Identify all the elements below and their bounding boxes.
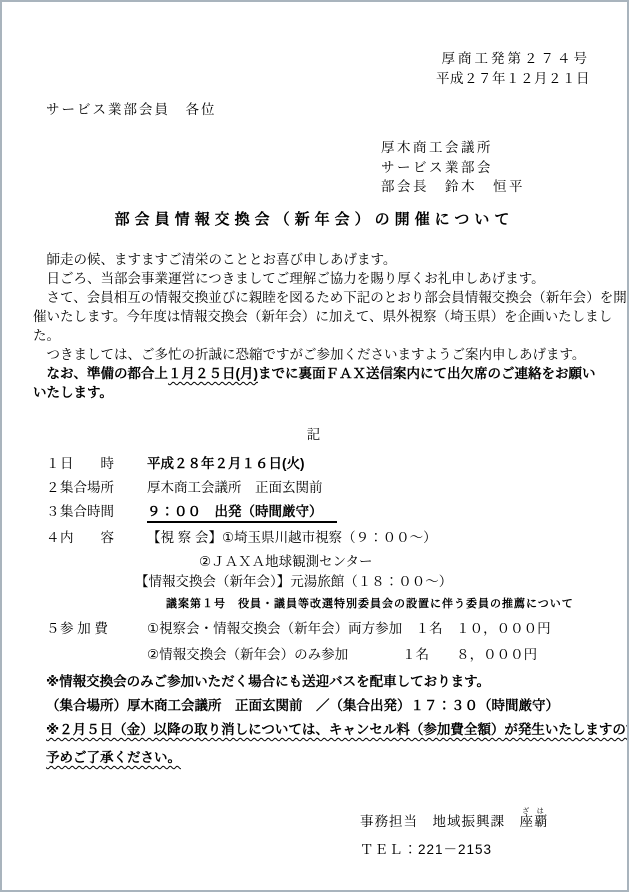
sender-dept: サービス業部会 — [381, 158, 525, 178]
footer-staff: 事務担当 地域振興課 座ざ覇は — [360, 808, 549, 830]
item-fee: ５ 参 加 費 ①視察会・情報交換会（新年会）両方参加 １名 １０，０００円 — [46, 617, 551, 637]
note-cancel-line2: 予めご了承ください。 — [46, 746, 181, 766]
note-bus: ※情報交換会のみご参加いただく場合にも送迎バスを配車しております。 — [46, 670, 490, 690]
body-line: 師走の候、ますますご清栄のこととお喜び申しあげます。 — [33, 250, 608, 269]
item-number: ４ — [46, 526, 60, 546]
staff-name-char: 覇は — [534, 814, 549, 829]
document-number-block: 厚商工発第２７４号 平成２７年１２月２１日 — [436, 49, 590, 89]
item-value: 平成２８年２月１６日(火) — [147, 452, 305, 472]
footer-tel: ＴＥＬ：221－2153 — [360, 838, 492, 858]
note-cancel-line1: ※２月５日（金）以降の取り消しについては、キャンセル料（参加費全額）が発生いたし… — [46, 718, 629, 738]
staff-name-char: 座ざ — [520, 814, 535, 829]
body-line: た。 — [33, 326, 608, 345]
fax-deadline-notice-line2: いたします。 — [33, 383, 608, 402]
fee-line2: ②情報交換会（新年会）のみ参加 １名 ８，０００円 — [147, 643, 537, 663]
item-label: 参 加 費 — [60, 617, 147, 637]
sender-person: 部会長 鈴木 恒平 — [381, 177, 525, 197]
notice-pre: なお、準備の都合上 — [33, 366, 168, 381]
item-value: 厚木商工会議所 正面玄関前 — [147, 476, 323, 496]
fax-deadline-notice: なお、準備の都合上１月２５日(月)までに裏面ＦＡＸ送信案内にて出欠席のご連絡をお… — [33, 364, 608, 383]
item-meeting-time: ３ 集合時間 ９：００ 出発（時間厳守） — [46, 500, 337, 523]
sender-org: 厚木商工会議所 — [381, 138, 525, 158]
note-meeting-departure: （集合場所）厚木商工会議所 正面玄関前 ／（集合出発）１７：３０（時間厳守） — [46, 694, 559, 714]
item-date: １ 日 時 平成２８年２月１６日(火) — [46, 452, 305, 472]
item-number: ２ — [46, 476, 60, 496]
contents-line-newyear: 【情報交換会（新年会）】元湯旅館（１８：００～） — [135, 570, 452, 590]
notice-post: までに裏面ＦＡＸ送信案内にて出欠席のご連絡をお願い — [258, 366, 596, 381]
agenda-note: 議案第１号 役員・議員等改選特別委員会の設置に伴う委員の推薦について — [166, 595, 574, 611]
body-text: 師走の候、ますますご清栄のこととお喜び申しあげます。 日ごろ、当部会事業運営につ… — [33, 250, 608, 402]
contents-line-jaxa: ②ＪＡＸＡ地球観測センター — [199, 550, 373, 570]
addressee: サービス業部会員 各位 — [46, 98, 217, 118]
item-meeting-place: ２ 集合場所 厚木商工会議所 正面玄関前 — [46, 476, 323, 496]
document-page: 厚商工発第２７４号 平成２７年１２月２１日 サービス業部会員 各位 厚木商工会議… — [0, 0, 629, 892]
notice-deadline: １月２５日(月) — [168, 366, 258, 381]
document-title: 部会員情報交換会（新年会）の開催について — [2, 208, 627, 229]
item-number: ３ — [46, 500, 60, 523]
item-value: 【視 察 会】①埼玉県川越市視察（９：００～） — [147, 526, 437, 546]
item-label: 日 時 — [60, 452, 147, 472]
item-label: 集合時間 — [60, 500, 147, 523]
item-label: 内 容 — [60, 526, 147, 546]
issue-date: 平成２７年１２月２１日 — [436, 69, 590, 89]
body-line: 催いたします。今年度は情報交換会（新年会）に加えて、県外視察（埼玉県）を企画いた… — [33, 307, 608, 326]
item-contents: ４ 内 容 【視 察 会】①埼玉県川越市視察（９：００～） — [46, 526, 437, 546]
sender-block: 厚木商工会議所 サービス業部会 部会長 鈴木 恒平 — [381, 138, 525, 197]
item-value: ①視察会・情報交換会（新年会）両方参加 １名 １０，０００円 — [147, 617, 551, 637]
ki-heading: 記 — [2, 423, 627, 443]
body-line: さて、会員相互の情報交換並びに親睦を図るため下記のとおり部会員情報交換会（新年会… — [33, 288, 608, 307]
item-number: ５ — [46, 617, 60, 637]
document-number: 厚商工発第２７４号 — [436, 49, 590, 69]
staff-label: 事務担当 地域振興課 — [360, 814, 520, 829]
item-value: ９：００ 出発（時間厳守） — [147, 500, 337, 523]
item-number: １ — [46, 452, 60, 472]
body-line: 日ごろ、当部会事業運営につきましてご理解ご協力を賜り厚くお礼申しあげます。 — [33, 269, 608, 288]
body-line: つきましては、ご多忙の折誠に恐縮ですがご参加くださいますようご案内申しあげます。 — [33, 345, 608, 364]
item-label: 集合場所 — [60, 476, 147, 496]
